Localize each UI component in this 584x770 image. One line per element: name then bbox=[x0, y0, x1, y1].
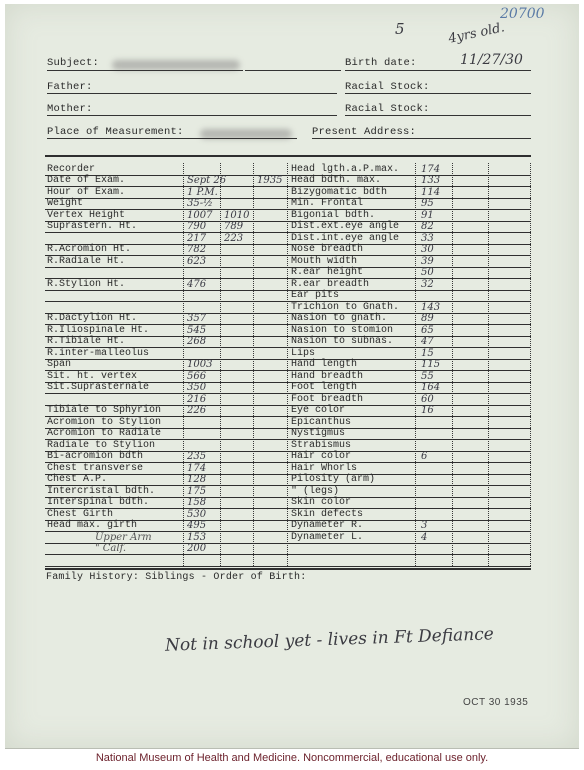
left-row-value[interactable]: 566 bbox=[187, 371, 206, 382]
left-row-value[interactable]: 1010 bbox=[224, 210, 249, 221]
row-rule bbox=[45, 474, 531, 475]
right-row-label: Head lgth.a.P.max. bbox=[291, 164, 399, 175]
row-rule bbox=[45, 359, 531, 360]
right-row-value[interactable]: 55 bbox=[421, 371, 434, 382]
row-rule bbox=[45, 393, 531, 394]
right-row-value[interactable]: 114 bbox=[421, 187, 440, 198]
right-row-label: Nystigmus bbox=[291, 428, 345, 439]
right-row-value[interactable]: 60 bbox=[421, 394, 434, 405]
left-row-label: Intercristal bdth. bbox=[47, 486, 155, 497]
right-row-value[interactable]: 32 bbox=[421, 279, 434, 290]
row-rule bbox=[45, 554, 531, 555]
table-bottom-rule bbox=[45, 568, 531, 570]
left-row-value[interactable]: 545 bbox=[187, 325, 206, 336]
left-row-label: Recorder bbox=[47, 164, 95, 175]
left-row-value[interactable]: 35-½ bbox=[187, 198, 213, 209]
right-row-value[interactable]: 91 bbox=[421, 210, 434, 221]
mother-label: Mother: bbox=[47, 103, 93, 115]
column-separator bbox=[220, 163, 221, 566]
row-rule bbox=[45, 301, 531, 302]
right-row-value[interactable]: 33 bbox=[421, 233, 434, 244]
birth-date-label: Birth date: bbox=[345, 57, 417, 69]
subject-label: Subject: bbox=[47, 57, 99, 69]
right-row-value[interactable]: 95 bbox=[421, 198, 434, 209]
left-row-label: Head max. girth bbox=[47, 520, 137, 531]
right-row-value[interactable]: 6 bbox=[421, 451, 427, 462]
column-separator bbox=[530, 163, 531, 566]
left-row-value[interactable]: 790 bbox=[187, 221, 206, 232]
left-row-label: Sit.Suprasternale bbox=[47, 382, 149, 393]
row-rule bbox=[45, 267, 531, 268]
left-row-value[interactable]: 216 bbox=[187, 394, 206, 405]
right-row-label: Mouth width bbox=[291, 256, 357, 267]
right-row-value[interactable]: 115 bbox=[421, 359, 440, 370]
left-row-label: Weight bbox=[47, 198, 83, 209]
right-row-label: Lips bbox=[291, 348, 315, 359]
left-row-value[interactable]: 357 bbox=[187, 313, 206, 324]
left-row-value[interactable]: 1 P.M. bbox=[187, 187, 218, 198]
place-line bbox=[47, 138, 297, 139]
left-row-label: Interspinal bdth. bbox=[47, 497, 149, 508]
right-row-label: Eye color bbox=[291, 405, 345, 416]
right-row-label: Skin color bbox=[291, 497, 351, 508]
row-rule bbox=[45, 198, 531, 199]
left-row-label: R.Dactylion Ht. bbox=[47, 313, 137, 324]
father-line bbox=[47, 93, 337, 94]
left-row-value[interactable]: 1003 bbox=[187, 359, 212, 370]
right-row-value[interactable]: 30 bbox=[421, 244, 434, 255]
footer-credit: National Museum of Health and Medicine. … bbox=[0, 752, 584, 764]
right-row-label: Epicanthus bbox=[291, 417, 351, 428]
right-row-label: Dist.int.eye angle bbox=[291, 233, 399, 244]
page-number-note: 5 bbox=[395, 20, 405, 38]
column-separator bbox=[415, 163, 416, 566]
right-row-value[interactable]: 39 bbox=[421, 256, 434, 267]
present-address-label: Present Address: bbox=[312, 126, 416, 138]
left-row-label: " Calf. bbox=[95, 543, 126, 554]
left-row-value[interactable]: 623 bbox=[187, 256, 206, 267]
right-row-value[interactable]: 164 bbox=[421, 382, 440, 393]
row-rule bbox=[45, 290, 531, 291]
right-row-value[interactable]: 89 bbox=[421, 313, 434, 324]
right-row-label: Foot breadth bbox=[291, 394, 363, 405]
left-row-label: Date of Exam. bbox=[47, 175, 125, 186]
right-row-label: Nasion to gnath. bbox=[291, 313, 387, 324]
right-row-label: Hand breadth bbox=[291, 371, 363, 382]
left-row-label: Hour of Exam. bbox=[47, 187, 125, 198]
right-row-label: Bigonial bdth. bbox=[291, 210, 375, 221]
left-row-label: Bi-acromion bdth bbox=[47, 451, 143, 462]
column-separator bbox=[488, 163, 489, 566]
left-row-label: R.Radiale Ht. bbox=[47, 256, 125, 267]
left-row-value[interactable]: 476 bbox=[187, 279, 206, 290]
left-row-label: R.inter-malleolus bbox=[47, 348, 149, 359]
birth-date-line bbox=[345, 70, 531, 71]
left-row-value[interactable]: 495 bbox=[187, 520, 206, 531]
left-row-label: Suprastern. Ht. bbox=[47, 221, 137, 232]
row-rule bbox=[45, 566, 531, 567]
left-row-value[interactable]: 1935 bbox=[257, 175, 282, 186]
left-row-value[interactable]: 200 bbox=[187, 543, 206, 554]
row-rule bbox=[45, 508, 531, 509]
subject-redacted bbox=[112, 60, 240, 70]
right-row-value[interactable]: 65 bbox=[421, 325, 434, 336]
left-row-label: Radiale to Stylion bbox=[47, 440, 155, 451]
right-row-label: Ear pits bbox=[291, 290, 339, 301]
racial-stock-line-mother bbox=[345, 115, 531, 116]
left-row-value[interactable]: 153 bbox=[187, 532, 206, 543]
family-history-label: Family History: Siblings - Order of Birt… bbox=[46, 572, 306, 583]
column-separator bbox=[452, 163, 453, 566]
present-address-line bbox=[312, 138, 531, 139]
column-separator bbox=[183, 163, 184, 566]
mother-line bbox=[47, 115, 337, 116]
place-of-measurement-label: Place of Measurement: bbox=[47, 126, 184, 138]
left-row-label: R.Stylion Ht. bbox=[47, 279, 125, 290]
left-row-label: Chest A.P. bbox=[47, 474, 107, 485]
left-row-label: Acromion to Stylion bbox=[47, 417, 161, 428]
left-row-value[interactable]: 235 bbox=[187, 451, 206, 462]
subject-line bbox=[47, 70, 243, 71]
right-row-label: " (legs) bbox=[291, 486, 339, 497]
right-row-label: Foot length bbox=[291, 382, 357, 393]
right-row-value[interactable]: 47 bbox=[421, 336, 434, 347]
right-row-label: Strabismus bbox=[291, 440, 351, 451]
right-row-value[interactable]: 133 bbox=[421, 175, 440, 186]
right-row-label: Hand length bbox=[291, 359, 357, 370]
left-row-value[interactable]: 350 bbox=[187, 382, 206, 393]
left-row-label: Vertex Height bbox=[47, 210, 125, 221]
left-row-value[interactable]: 174 bbox=[187, 463, 206, 474]
right-row-label: Dynameter L. bbox=[291, 532, 363, 543]
right-row-label: Hair color bbox=[291, 451, 351, 462]
right-row-label: Skin defects bbox=[291, 509, 363, 520]
left-row-label: Chest Girth bbox=[47, 509, 113, 520]
left-row-label: Sit. ht. vertex bbox=[47, 371, 137, 382]
record-id-note: 20700 bbox=[500, 6, 545, 22]
right-row-value[interactable]: 3 bbox=[421, 520, 427, 531]
right-row-label: Trichion to Gnath. bbox=[291, 302, 399, 313]
left-row-value[interactable]: 530 bbox=[187, 509, 206, 520]
date-stamp: OCT 30 1935 bbox=[463, 697, 528, 708]
right-row-label: Min. Frontal bbox=[291, 198, 363, 209]
left-row-value[interactable]: 226 bbox=[187, 405, 206, 416]
right-row-label: Nasion to stomion bbox=[291, 325, 393, 336]
right-row-label: Nose breadth bbox=[291, 244, 363, 255]
subject-line-ext bbox=[245, 70, 341, 71]
right-row-value[interactable]: 15 bbox=[421, 348, 434, 359]
column-separator bbox=[287, 163, 288, 566]
father-label: Father: bbox=[47, 81, 93, 93]
left-row-label: Span bbox=[47, 359, 71, 370]
right-row-value[interactable]: 4 bbox=[421, 532, 427, 543]
racial-stock-label-mother: Racial Stock: bbox=[345, 103, 430, 115]
left-row-value[interactable]: 789 bbox=[224, 221, 243, 232]
left-row-label: R.Acromion Ht. bbox=[47, 244, 131, 255]
left-row-label: Upper Arm bbox=[95, 532, 152, 543]
right-row-value[interactable]: 50 bbox=[421, 267, 434, 278]
left-row-value[interactable]: 268 bbox=[187, 336, 206, 347]
left-row-label: Tibiale to Sphyrion bbox=[47, 405, 161, 416]
right-row-value[interactable]: 82 bbox=[421, 221, 434, 232]
left-row-value[interactable]: 128 bbox=[187, 474, 206, 485]
left-row-value[interactable]: 158 bbox=[187, 497, 206, 508]
right-row-label: R.ear breadth bbox=[291, 279, 369, 290]
right-row-label: Head bdth. max. bbox=[291, 175, 381, 186]
table-top-rule bbox=[45, 155, 531, 157]
left-row-value[interactable]: Sept 26 bbox=[187, 175, 226, 186]
column-separator bbox=[253, 163, 254, 566]
left-row-label: R.Tibiale Ht. bbox=[47, 336, 125, 347]
racial-stock-label-father: Racial Stock: bbox=[345, 81, 430, 93]
left-row-value[interactable]: 175 bbox=[187, 486, 206, 497]
right-row-label: Bizygomatic bdth bbox=[291, 187, 387, 198]
left-row-label: R.Iliospinale Ht. bbox=[47, 325, 149, 336]
right-row-label: Dynameter R. bbox=[291, 520, 363, 531]
right-row-label: Pilosity (arm) bbox=[291, 474, 375, 485]
right-row-label: Dist.ext.eye angle bbox=[291, 221, 399, 232]
left-row-value[interactable]: 223 bbox=[224, 233, 243, 244]
right-row-label: Nasion to subnas. bbox=[291, 336, 393, 347]
right-row-value[interactable]: 143 bbox=[421, 302, 440, 313]
right-row-label: R.ear height bbox=[291, 267, 363, 278]
right-row-value[interactable]: 16 bbox=[421, 405, 434, 416]
row-rule bbox=[45, 232, 531, 233]
right-row-value[interactable]: 174 bbox=[421, 164, 440, 175]
right-row-label: Hair Whorls bbox=[291, 463, 357, 474]
left-row-label: Chest transverse bbox=[47, 463, 143, 474]
left-row-value[interactable]: 217 bbox=[187, 233, 206, 244]
left-row-value[interactable]: 1007 bbox=[187, 210, 212, 221]
left-row-label: Acromion to Radiale bbox=[47, 428, 161, 439]
left-row-value[interactable]: 782 bbox=[187, 244, 206, 255]
racial-stock-line-father bbox=[345, 93, 531, 94]
birth-date-value[interactable]: 11/27/30 bbox=[460, 52, 523, 68]
